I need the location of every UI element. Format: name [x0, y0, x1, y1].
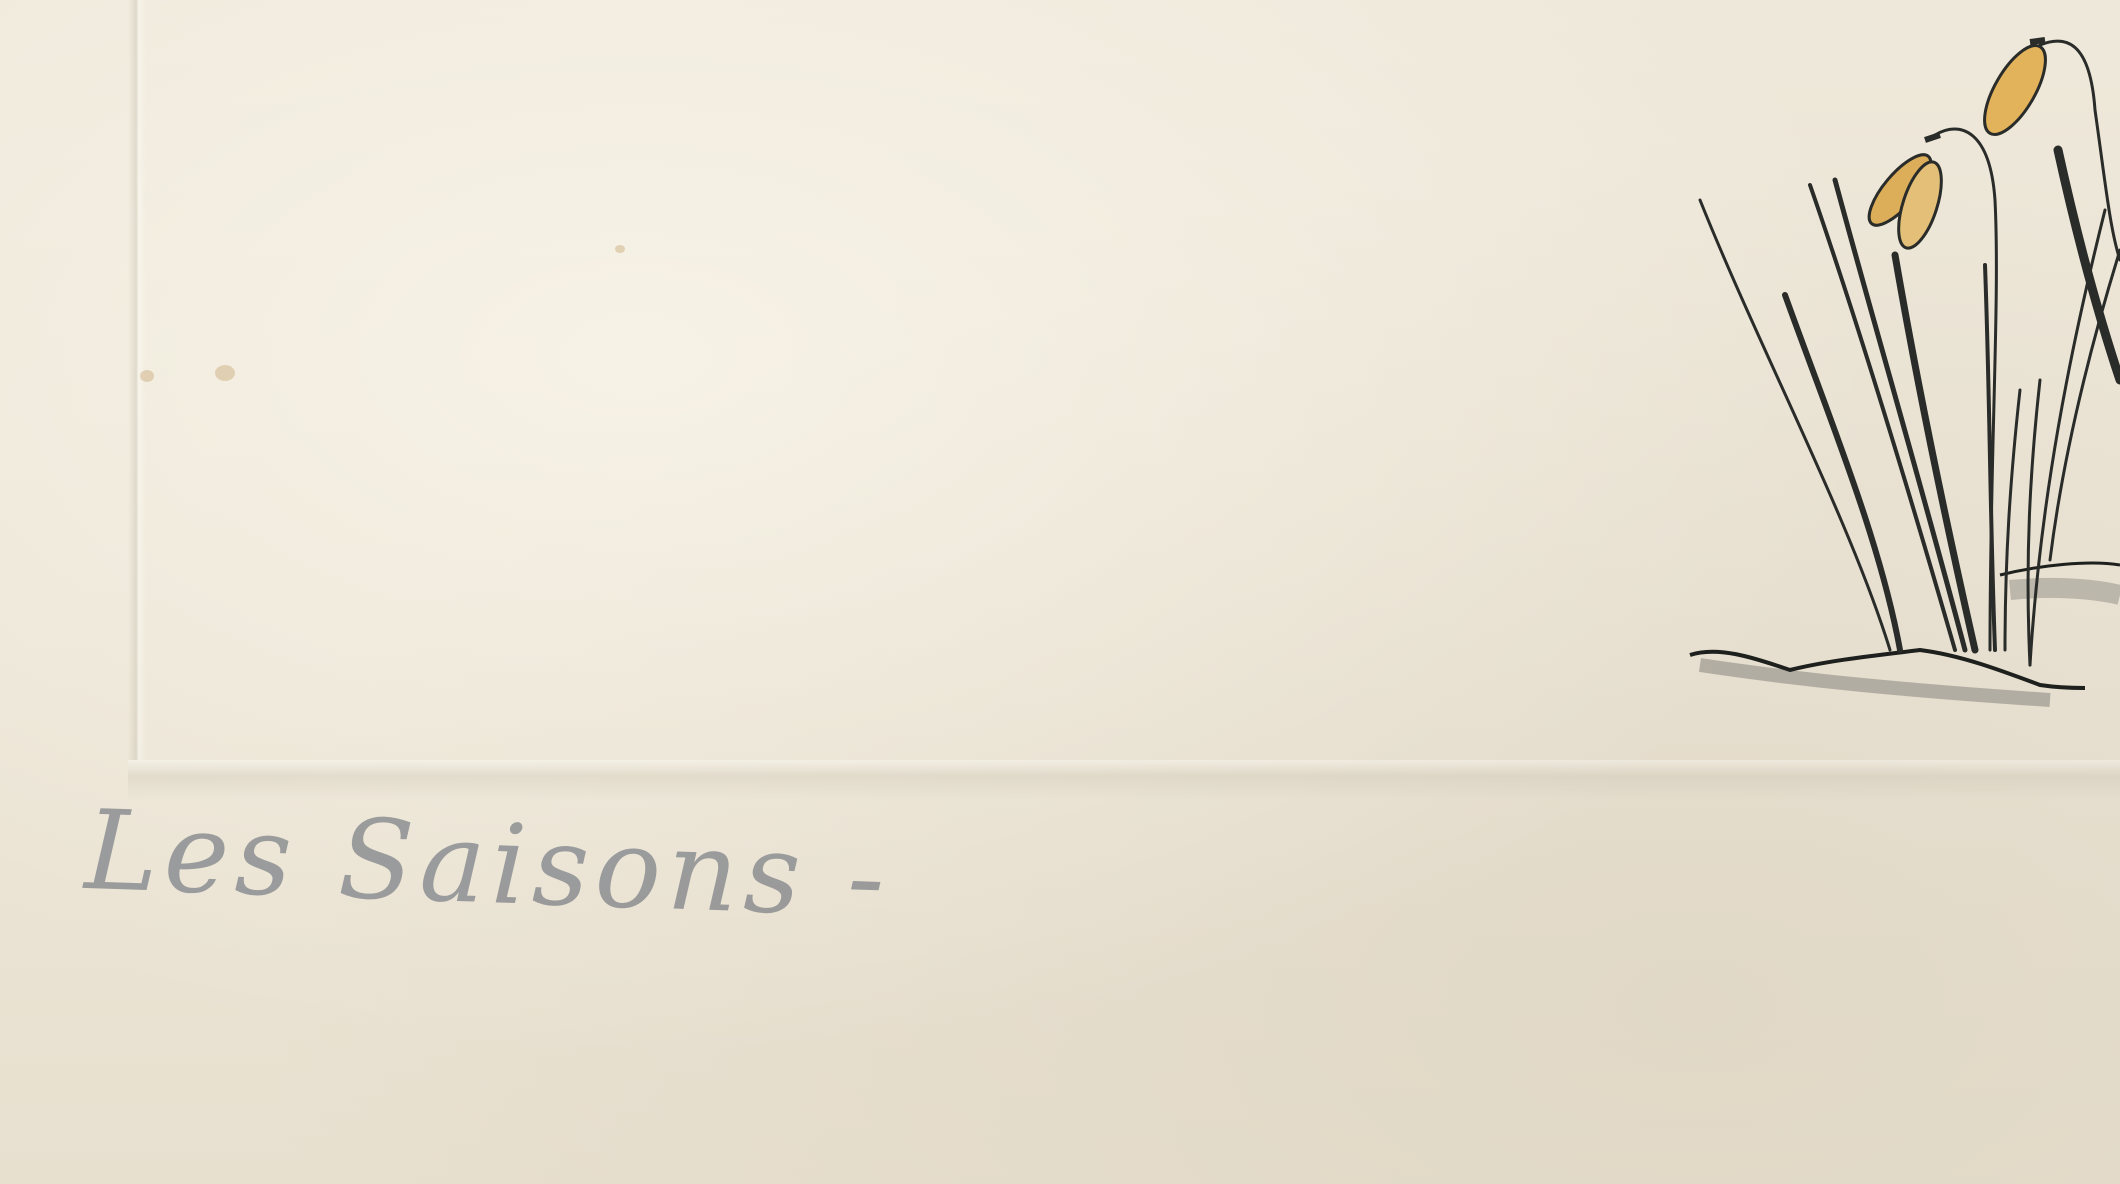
- snowdrop-illustration: [0, 0, 2120, 1184]
- print-paper: Les Saisons -: [0, 0, 2120, 1184]
